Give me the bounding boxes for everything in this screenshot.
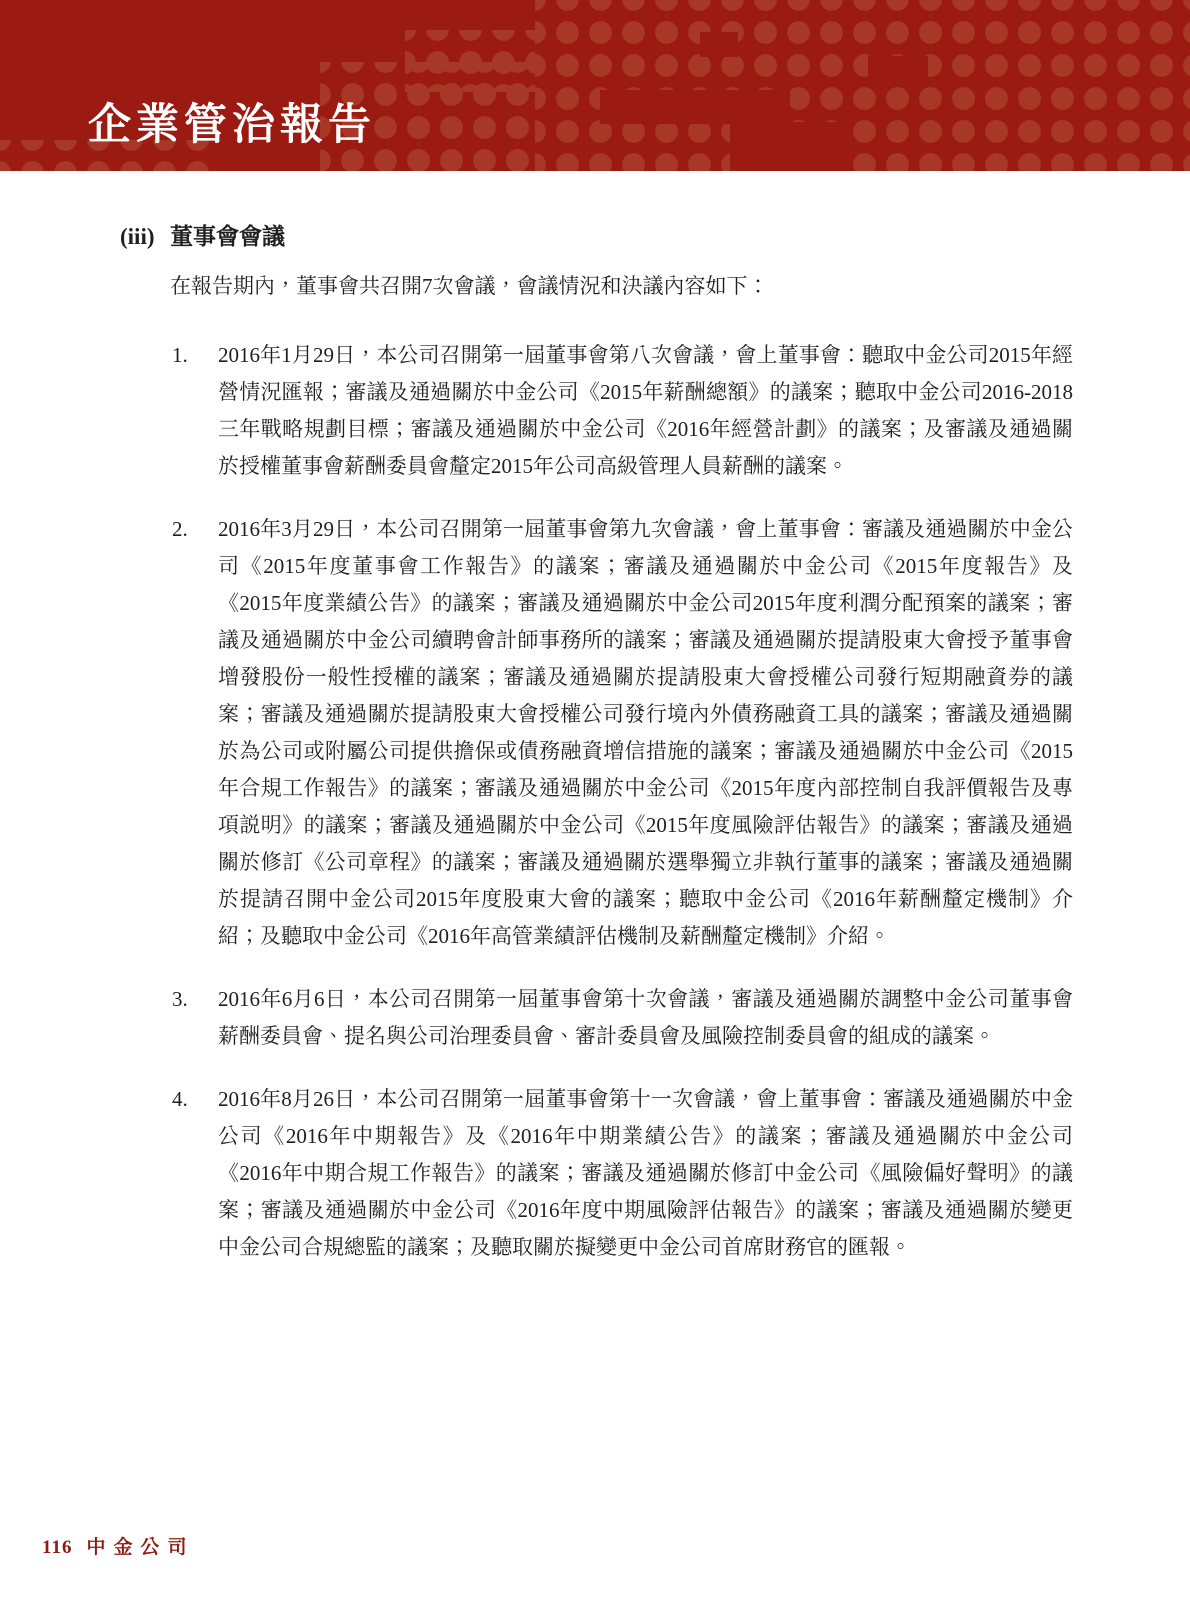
item-text: 2016年8月26日，本公司召開第一屆董事會第十一次會議，會上董事會：審議及通過…: [218, 1081, 1073, 1266]
dot-pattern-gap: [868, 56, 928, 86]
list-item: 3. 2016年6月6日，本公司召開第一屆董事會第十次會議，審議及通過關於調整中…: [172, 981, 1073, 1055]
report-page: 企業管治報告 (iii)董事會會議 在報告期內，董事會共召開7次會議，會議情況和…: [0, 0, 1190, 1615]
item-number: 2.: [172, 511, 218, 955]
item-number: 3.: [172, 981, 218, 1055]
dot-pattern-gap: [700, 32, 738, 57]
dot-pattern-decoration: [535, 0, 1190, 171]
item-text: 2016年1月29日，本公司召開第一屆董事會第八次會議，會上董事會：聽取中金公司…: [218, 337, 1073, 485]
dot-pattern-gap: [730, 122, 846, 171]
page-title: 企業管治報告: [88, 104, 376, 147]
list-item: 2. 2016年3月29日，本公司召開第一屆董事會第九次會議，會上董事會：審議及…: [172, 511, 1073, 955]
item-number: 4.: [172, 1081, 218, 1266]
section-heading-text: 董事會會議: [170, 224, 285, 249]
dot-pattern-decoration: [405, 30, 535, 92]
dot-pattern-gap: [600, 90, 790, 124]
footer-company-name: 中金公司: [86, 1537, 194, 1558]
list-item: 4. 2016年8月26日，本公司召開第一屆董事會第十一次會議，會上董事會：審議…: [172, 1081, 1073, 1266]
section-marker: (iii): [120, 223, 170, 251]
item-text: 2016年3月29日，本公司召開第一屆董事會第九次會議，會上董事會：審議及通過關…: [218, 511, 1073, 955]
page-header-banner: 企業管治報告: [0, 0, 1190, 171]
footer-page-number: 116: [42, 1537, 72, 1558]
meeting-list: 1. 2016年1月29日，本公司召開第一屆董事會第八次會議，會上董事會：聽取中…: [0, 337, 1190, 1266]
page-footer: 116中金公司: [42, 1538, 194, 1557]
list-item: 1. 2016年1月29日，本公司召開第一屆董事會第八次會議，會上董事會：聽取中…: [172, 337, 1073, 485]
section-heading: (iii)董事會會議: [120, 223, 1190, 251]
item-number: 1.: [172, 337, 218, 485]
section-intro: 在報告期內，董事會共召開7次會議，會議情況和決議內容如下：: [170, 271, 1190, 301]
item-text: 2016年6月6日，本公司召開第一屆董事會第十次會議，審議及通過關於調整中金公司…: [218, 981, 1073, 1055]
report-content: (iii)董事會會議 在報告期內，董事會共召開7次會議，會議情況和決議內容如下：…: [0, 171, 1190, 1266]
